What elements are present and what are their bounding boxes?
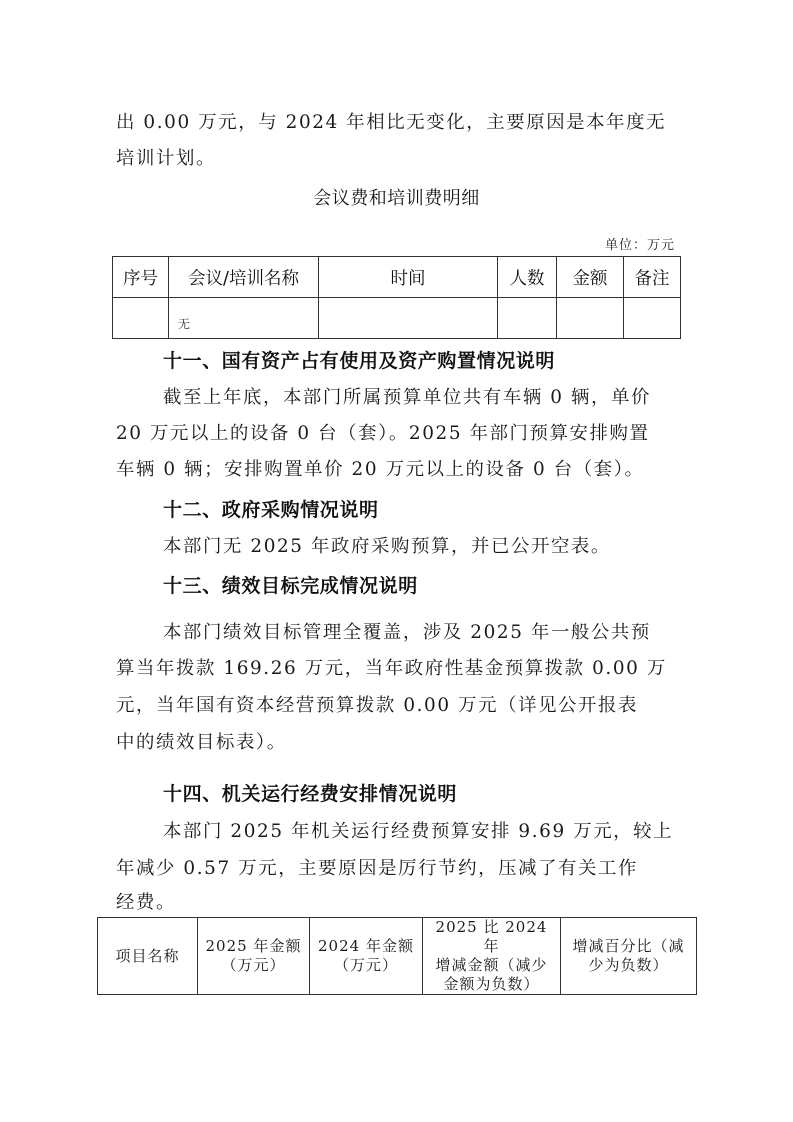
column-header-index: 序号 bbox=[113, 257, 169, 298]
cell-remarks bbox=[624, 298, 681, 339]
table-title: 会议费和培训费明细 bbox=[0, 188, 793, 210]
paragraph-line: 经费。 bbox=[116, 892, 176, 914]
unit-label: 单位：万元 bbox=[605, 234, 675, 253]
column-header-change-amount: 2025 比 2024 年 增减金额（减少 金额为负数） bbox=[423, 918, 561, 995]
cell-time bbox=[319, 298, 498, 339]
paragraph-line: 出 0.00 万元，与 2024 年相比无变化，主要原因是本年度无 bbox=[116, 112, 666, 134]
paragraph-line: 元，当年国有资本经营预算拨款 0.00 万元（详见公开报表 bbox=[116, 695, 638, 717]
column-header-item-name: 项目名称 bbox=[98, 918, 198, 995]
paragraph-line: 本部门绩效目标管理全覆盖，涉及 2025 年一般公共预 bbox=[163, 622, 651, 644]
column-header-change-percent: 增减百分比（减 少为负数） bbox=[561, 918, 697, 995]
paragraph-line: 中的绩效目标表）。 bbox=[116, 732, 287, 754]
section-heading-assets: 十一、国有资产占有使用及资产购置情况说明 bbox=[163, 350, 555, 372]
section-heading-performance: 十三、绩效目标完成情况说明 bbox=[163, 575, 418, 597]
table-header-row: 项目名称 2025 年金额 （万元） 2024 年金额 （万元） 2025 比 … bbox=[98, 918, 697, 995]
column-header-remarks: 备注 bbox=[624, 257, 681, 298]
paragraph-line: 截至上年底，本部门所属预算单位共有车辆 0 辆，单价 bbox=[163, 387, 651, 409]
column-header-2024-amount: 2024 年金额 （万元） bbox=[310, 918, 423, 995]
cell-index bbox=[113, 298, 169, 339]
column-header-2025-amount: 2025 年金额 （万元） bbox=[198, 918, 310, 995]
cell-people bbox=[498, 298, 557, 339]
section-heading-procurement: 十二、政府采购情况说明 bbox=[163, 499, 379, 521]
section-heading-operating-costs: 十四、机关运行经费安排情况说明 bbox=[163, 783, 457, 805]
paragraph-line: 本部门无 2025 年政府采购预算，并已公开空表。 bbox=[163, 536, 611, 558]
column-header-time: 时间 bbox=[319, 257, 498, 298]
column-header-name: 会议/培训名称 bbox=[169, 257, 319, 298]
table-row: 无 bbox=[113, 298, 681, 339]
paragraph-line: 本部门 2025 年机关运行经费预算安排 9.69 万元，较上 bbox=[163, 821, 673, 843]
paragraph-line: 年减少 0.57 万元，主要原因是厉行节约，压减了有关工作 bbox=[116, 858, 638, 880]
paragraph-line: 车辆 0 辆；安排购置单价 20 万元以上的设备 0 台（套）。 bbox=[116, 459, 644, 481]
cell-name: 无 bbox=[169, 298, 319, 339]
table-header-row: 序号 会议/培训名称 时间 人数 金额 备注 bbox=[113, 257, 681, 298]
meeting-training-table: 序号 会议/培训名称 时间 人数 金额 备注 无 bbox=[112, 256, 681, 339]
paragraph-line: 培训计划。 bbox=[116, 148, 216, 170]
column-header-people: 人数 bbox=[498, 257, 557, 298]
operating-cost-table: 项目名称 2025 年金额 （万元） 2024 年金额 （万元） 2025 比 … bbox=[97, 917, 697, 995]
cell-amount bbox=[557, 298, 624, 339]
paragraph-line: 算当年拨款 169.26 万元，当年政府性基金预算拨款 0.00 万 bbox=[116, 658, 667, 680]
paragraph-line: 20 万元以上的设备 0 台（套）。2025 年部门预算安排购置 bbox=[116, 423, 650, 445]
column-header-amount: 金额 bbox=[557, 257, 624, 298]
